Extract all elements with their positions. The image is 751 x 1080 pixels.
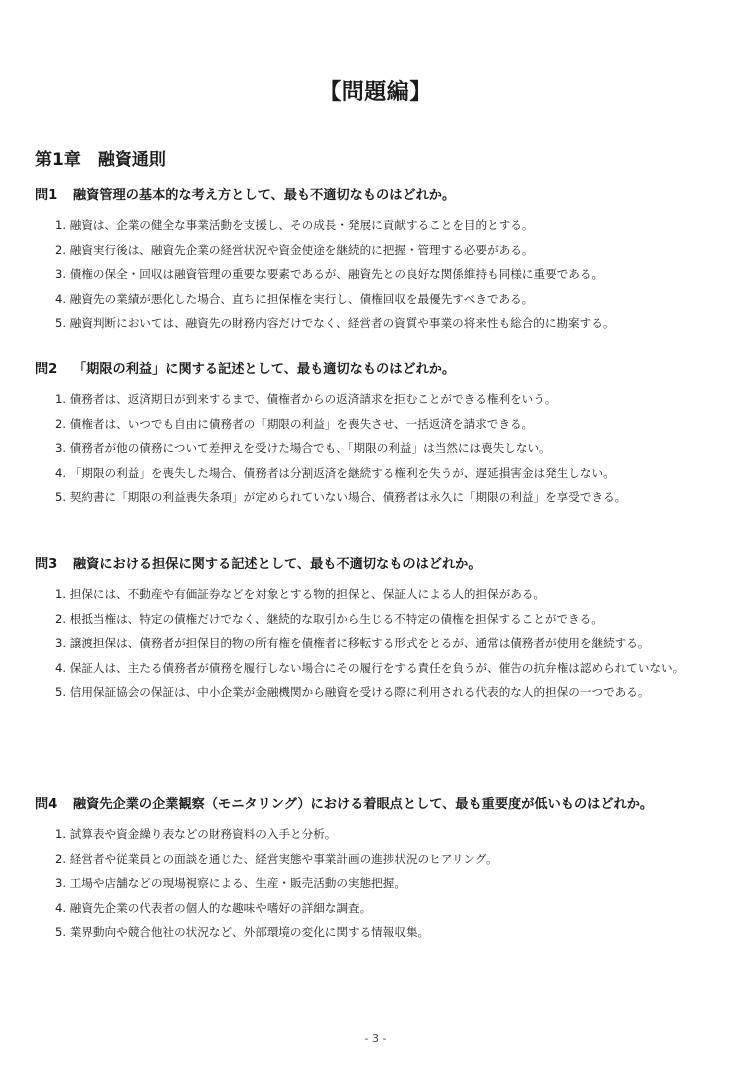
option: 4. 保証人は、主たる債務者が債務を履行しない場合にその履行をする責任を負うが、… (55, 658, 705, 679)
page-number: - 3 - (0, 1032, 751, 1045)
question-number: 問3 (35, 552, 73, 578)
page-title: 【問題編】 (0, 75, 751, 106)
question-title: 問3融資における担保に関する記述として、最も不適切なものはどれか。 (35, 552, 705, 578)
option: 4. 融資先の業績が悪化した場合、直ちに担保権を実行し、債権回収を最優先すべきで… (55, 289, 705, 310)
option-list: 1. 融資は、企業の健全な事業活動を支援し、その成長・発展に貢献することを目的と… (35, 215, 705, 334)
option: 5. 融資判断においては、融資先の財務内容だけでなく、経営者の資質や事業の将来性… (55, 313, 705, 334)
question-title: 問4融資先企業の企業観察（モニタリング）における着眼点として、最も重要度が低いも… (35, 792, 705, 818)
question-3: 問3融資における担保に関する記述として、最も不適切なものはどれか。 1. 担保に… (35, 552, 705, 707)
question-text: 融資先企業の企業観察（モニタリング）における着眼点として、最も重要度が低いものは… (73, 797, 653, 812)
option: 1. 債務者は、返済期日が到来するまで、債権者からの返済請求を拒むことができる権… (55, 389, 705, 410)
option: 2. 経営者や従業員との面談を通じた、経営実態や事業計画の進捗状況のヒアリング。 (55, 849, 705, 870)
question-text: 「期限の利益」に関する記述として、最も適切なものはどれか。 (73, 362, 455, 377)
question-4: 問4融資先企業の企業観察（モニタリング）における着眼点として、最も重要度が低いも… (35, 792, 705, 947)
option: 1. 融資は、企業の健全な事業活動を支援し、その成長・発展に貢献することを目的と… (55, 215, 705, 236)
option: 3. 工場や店舗などの現場視察による、生産・販売活動の実態把握。 (55, 873, 705, 894)
option: 4. 「期限の利益」を喪失した場合、債務者は分割返済を継続する権利を失うが、遅延… (55, 463, 705, 484)
question-1: 問1融資管理の基本的な考え方として、最も不適切なものはどれか。 1. 融資は、企… (35, 183, 705, 338)
option: 5. 契約書に「期限の利益喪失条項」が定められていない場合、債務者は永久に「期限… (55, 487, 705, 508)
option: 3. 譲渡担保は、債務者が担保目的物の所有権を債権者に移転する形式をとるが、通常… (55, 633, 705, 654)
question-number: 問1 (35, 183, 73, 209)
option-list: 1. 担保には、不動産や有価証券などを対象とする物的担保と、保証人による人的担保… (35, 584, 705, 703)
option: 2. 融資実行後は、融資先企業の経営状況や資金使途を継続的に把握・管理する必要が… (55, 240, 705, 261)
option: 3. 債務者が他の債務について差押えを受けた場合でも、「期限の利益」は当然には喪… (55, 438, 705, 459)
option: 5. 業界動向や競合他社の状況など、外部環境の変化に関する情報収集。 (55, 922, 705, 943)
option: 4. 融資先企業の代表者の個人的な趣味や嗜好の詳細な調査。 (55, 898, 705, 919)
question-number: 問2 (35, 357, 73, 383)
chapter-heading: 第1章 融資通則 (35, 145, 166, 170)
question-number: 問4 (35, 792, 73, 818)
option: 2. 債権者は、いつでも自由に債務者の「期限の利益」を喪失させ、一括返済を請求で… (55, 414, 705, 435)
option: 1. 試算表や資金繰り表などの財務資料の入手と分析。 (55, 824, 705, 845)
option: 3. 債権の保全・回収は融資管理の重要な要素であるが、融資先との良好な関係維持も… (55, 264, 705, 285)
question-text: 融資における担保に関する記述として、最も不適切なものはどれか。 (73, 557, 482, 572)
question-2: 問2「期限の利益」に関する記述として、最も適切なものはどれか。 1. 債務者は、… (35, 357, 705, 512)
option-list: 1. 債務者は、返済期日が到来するまで、債権者からの返済請求を拒むことができる権… (35, 389, 705, 508)
option-list: 1. 試算表や資金繰り表などの財務資料の入手と分析。 2. 経営者や従業員との面… (35, 824, 705, 943)
question-title: 問2「期限の利益」に関する記述として、最も適切なものはどれか。 (35, 357, 705, 383)
question-text: 融資管理の基本的な考え方として、最も不適切なものはどれか。 (73, 188, 455, 203)
question-title: 問1融資管理の基本的な考え方として、最も不適切なものはどれか。 (35, 183, 705, 209)
option: 2. 根抵当権は、特定の債権だけでなく、継続的な取引から生じる不特定の債権を担保… (55, 609, 705, 630)
option: 5. 信用保証協会の保証は、中小企業が金融機関から融資を受ける際に利用される代表… (55, 682, 705, 703)
option: 1. 担保には、不動産や有価証券などを対象とする物的担保と、保証人による人的担保… (55, 584, 705, 605)
